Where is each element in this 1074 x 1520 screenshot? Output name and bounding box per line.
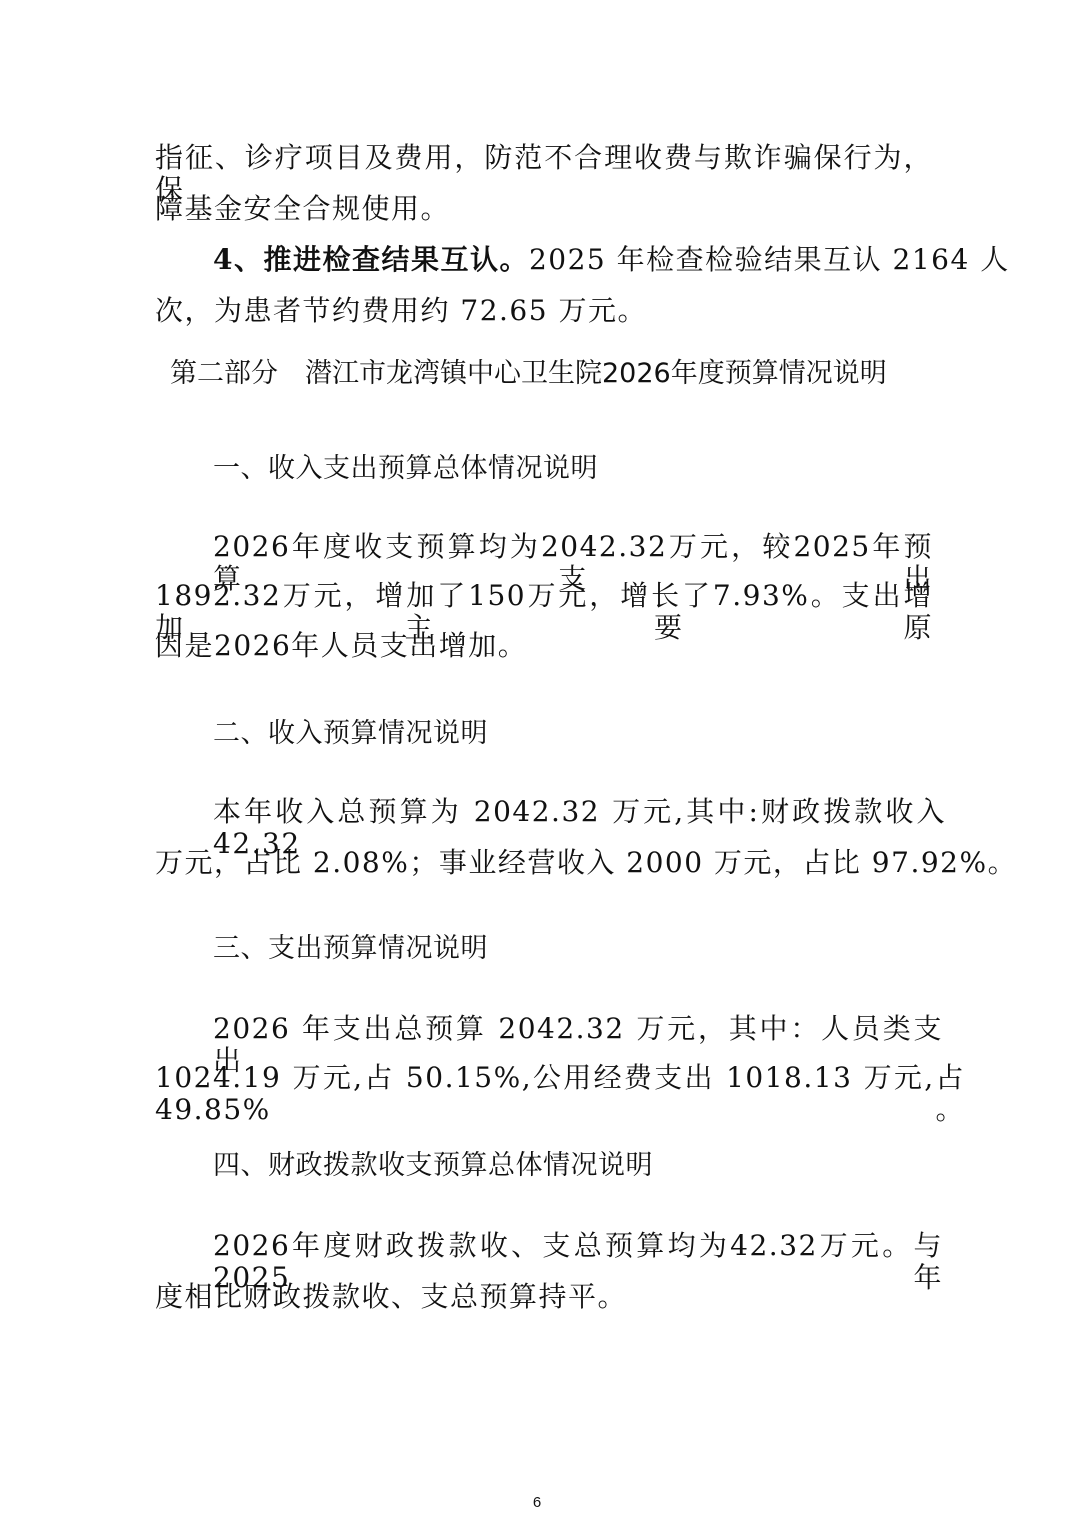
paragraph-line: 万元，占比 2.08%；事业经营收入 2000 万元，占比 97.92%。	[155, 847, 1017, 879]
section-heading: 一、收入支出预算总体情况说明	[213, 453, 598, 485]
item-4-paragraph: 4、推进检查结果互认。 2025 年检查检验结果互认 2164 人	[213, 244, 935, 276]
paragraph-line: 障基金安全合规使用。	[155, 193, 450, 225]
item-4-text: 2025 年检查检验结果互认 2164 人	[529, 244, 1010, 276]
section-heading: 二、收入预算情况说明	[213, 718, 488, 750]
section-heading: 三、支出预算情况说明	[213, 933, 488, 965]
paragraph-line: 度相比财政拨款收、支总预算持平。	[155, 1281, 627, 1313]
paragraph-line: 因是2026年人员支出增加。	[155, 630, 527, 662]
paragraph-line: 次，为患者节约费用约 72.65 万元。	[155, 295, 647, 327]
paragraph-line: 1024.19 万元,占 50.15%,公用经费支出 1018.13 万元,占 …	[155, 1062, 965, 1126]
item-4-lead: 4、推进检查结果互认。	[213, 244, 529, 276]
section-heading: 四、财政拨款收支预算总体情况说明	[213, 1150, 653, 1182]
document-page: 指征、诊疗项目及费用，防范不合理收费与欺诈骗保行为，保 障基金安全合规使用。 4…	[0, 0, 1074, 1520]
page-number: 6	[0, 1494, 1074, 1512]
part-title: 第二部分 潜江市龙湾镇中心卫生院2026年度预算情况说明	[170, 358, 887, 390]
